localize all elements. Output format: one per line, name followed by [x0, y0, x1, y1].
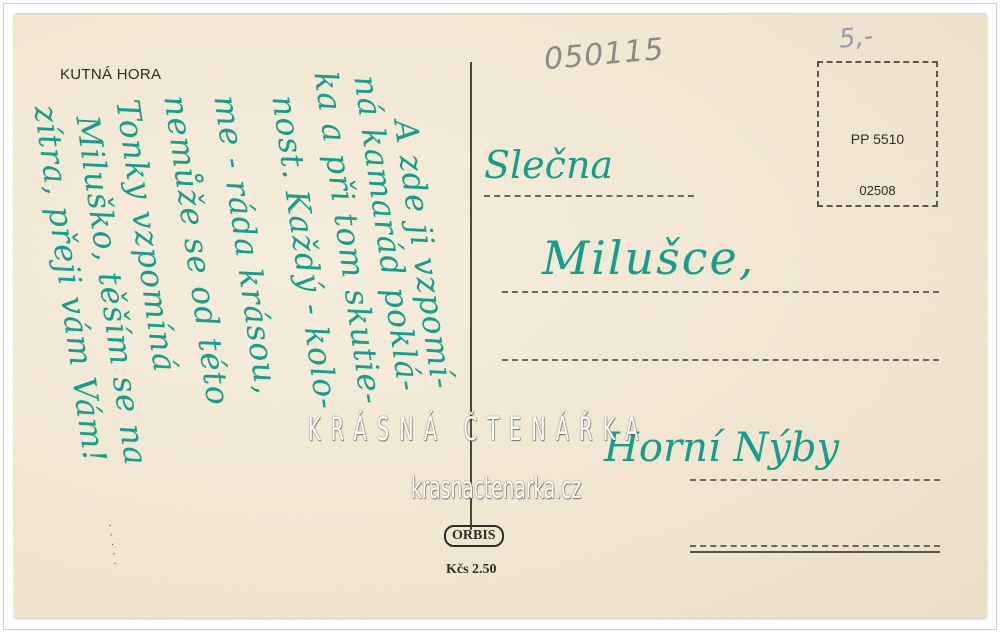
address-salutation: Slečna — [484, 143, 613, 187]
pencil-inventory-number: 050115 — [543, 32, 666, 77]
postcard-price: Kčs 2.50 — [446, 562, 497, 578]
pencil-price-mark: 5,- — [838, 21, 875, 54]
address-line-5-underline — [690, 551, 940, 553]
address-line-3 — [502, 359, 939, 361]
address-line-4 — [690, 479, 940, 481]
address-line-2 — [502, 291, 939, 293]
stamp-code: PP 5510 — [819, 131, 936, 147]
message-address-divider — [470, 62, 472, 530]
stamp-number: 02508 — [819, 183, 936, 198]
watermark-brand: KRÁSNÁ ČTENÁŘKA — [308, 410, 728, 448]
address-name: Milušce, — [542, 231, 755, 285]
address-line-5 — [690, 545, 940, 547]
postcard-back: KUTNÁ HORA 050115 5,- PP 5510 02508 Sleč… — [14, 13, 987, 618]
ink-dots: . . . . . — [106, 523, 123, 567]
address-line-1 — [484, 195, 694, 197]
orbis-publisher-logo: ORBIS — [444, 525, 504, 547]
watermark-url: krasnactenarka.cz — [411, 471, 581, 506]
postcard-title: KUTNÁ HORA — [60, 66, 161, 83]
stamp-box: PP 5510 02508 — [817, 61, 938, 207]
